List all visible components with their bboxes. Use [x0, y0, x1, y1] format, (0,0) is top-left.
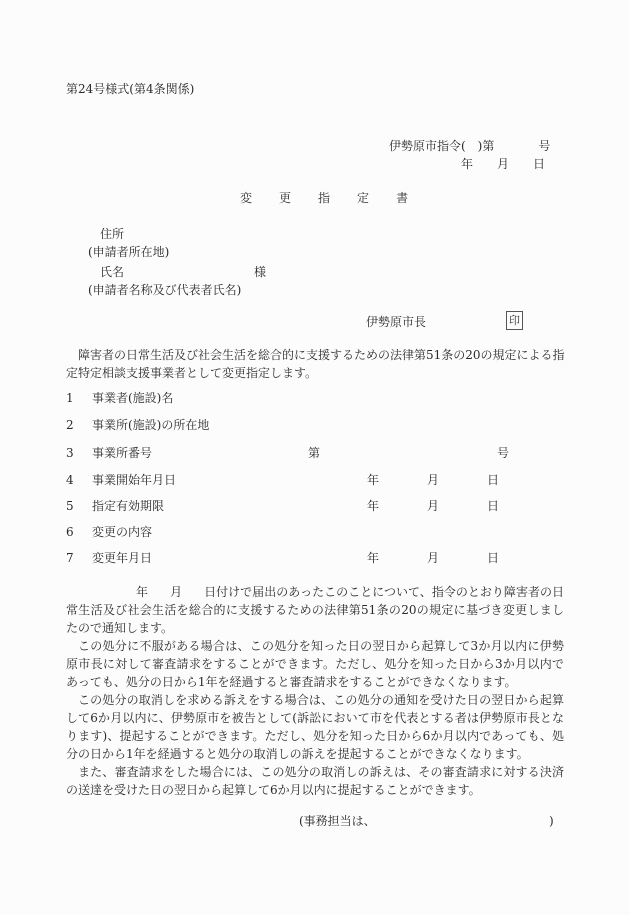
item-start-date: 4事業開始年月日 年 月 日	[66, 471, 566, 489]
item-number: 2	[66, 416, 92, 434]
issuer-prefix: 伊勢原市指令( )第	[389, 139, 494, 153]
contact-open: (事務担当は、	[299, 814, 376, 828]
item-number: 6	[66, 523, 92, 541]
item-business-number: 3事業所番号	[66, 444, 152, 462]
item-validity-period: 5指定有効期限 年 月 日	[66, 497, 566, 515]
year-label: 年	[367, 497, 379, 515]
item-label: 変更年月日	[92, 551, 152, 565]
year-label: 年	[367, 549, 379, 567]
title-char: 変	[240, 189, 252, 207]
item-label: 事業者(施設)名	[92, 391, 173, 405]
item-label: 事業所番号	[92, 446, 152, 460]
item-label: 事業開始年月日	[92, 473, 176, 487]
day-label: 日	[487, 471, 499, 489]
business-number-suffix: 号	[497, 444, 509, 462]
lead-month-label: 月	[170, 585, 182, 599]
month-label: 月	[427, 471, 439, 489]
issue-year-label: 年	[461, 155, 473, 173]
item-number: 7	[66, 549, 92, 567]
item-label: 変更の内容	[92, 525, 152, 539]
item-change-date: 7変更年月日 年 月 日	[66, 549, 566, 567]
honorific: 様	[254, 263, 266, 281]
title-char: 定	[357, 189, 369, 207]
title-char: 更	[279, 189, 291, 207]
issue-month-label: 月	[497, 155, 509, 173]
notice-paragraph-1: 年月日付けで届出のあったこのことについて、指令のとおり障害者の日常生活及び社会生…	[66, 583, 564, 637]
day-label: 日	[487, 549, 499, 567]
item-label: 指定有効期限	[92, 499, 164, 513]
item-number: 3	[66, 444, 92, 462]
item-number: 5	[66, 497, 92, 515]
title-char: 書	[396, 189, 408, 207]
seal-icon: 印	[506, 311, 523, 330]
address-sublabel: (申請者所在地)	[88, 243, 169, 261]
signatory-title: 伊勢原市長	[366, 313, 426, 331]
day-label: 日	[487, 497, 499, 515]
issuer-suffix: 号	[538, 139, 550, 153]
document-title: 変更指定書	[240, 189, 408, 207]
contact-close: )	[549, 812, 554, 830]
item-business-name: 1事業者(施設)名	[66, 389, 173, 407]
name-label: 氏名	[100, 263, 124, 281]
address-label: 住所	[100, 225, 124, 243]
year-label: 年	[367, 471, 379, 489]
form-number: 第24号様式(第4条関係)	[66, 80, 194, 98]
business-number-prefix: 第	[308, 444, 320, 462]
title-char: 指	[318, 189, 330, 207]
lead-year-label: 年	[136, 585, 148, 599]
month-label: 月	[427, 497, 439, 515]
month-label: 月	[427, 549, 439, 567]
issuer-reference: 伊勢原市指令( )第号	[389, 137, 550, 155]
notice-paragraph-2: この処分に不服がある場合は、この処分を知った日の翌日から起算して3か月以内に伊勢…	[66, 637, 564, 691]
notice-paragraph-4: また、審査請求をした場合には、この処分の取消しの訴えは、その審査請求に対する決済…	[66, 763, 564, 799]
item-number: 1	[66, 389, 92, 407]
item-business-address: 2事業所(施設)の所在地	[66, 416, 209, 434]
item-change-content: 6変更の内容	[66, 523, 152, 541]
contact-line: (事務担当は、 )	[299, 812, 376, 830]
issue-day-label: 日	[533, 155, 545, 173]
notice-paragraph-3: この処分の取消しを求める訴えをする場合は、この処分の通知を受けた日の翌日から起算…	[66, 691, 564, 763]
intro-paragraph: 障害者の日常生活及び社会生活を総合的に支援するための法律第51条の20の規定によ…	[66, 346, 566, 382]
item-number: 4	[66, 471, 92, 489]
item-label: 事業所(施設)の所在地	[92, 418, 209, 432]
issue-date: 年月日	[461, 155, 545, 173]
notice-body: 年月日付けで届出のあったこのことについて、指令のとおり障害者の日常生活及び社会生…	[66, 583, 564, 799]
name-sublabel: (申請者名称及び代表者氏名)	[88, 281, 241, 299]
